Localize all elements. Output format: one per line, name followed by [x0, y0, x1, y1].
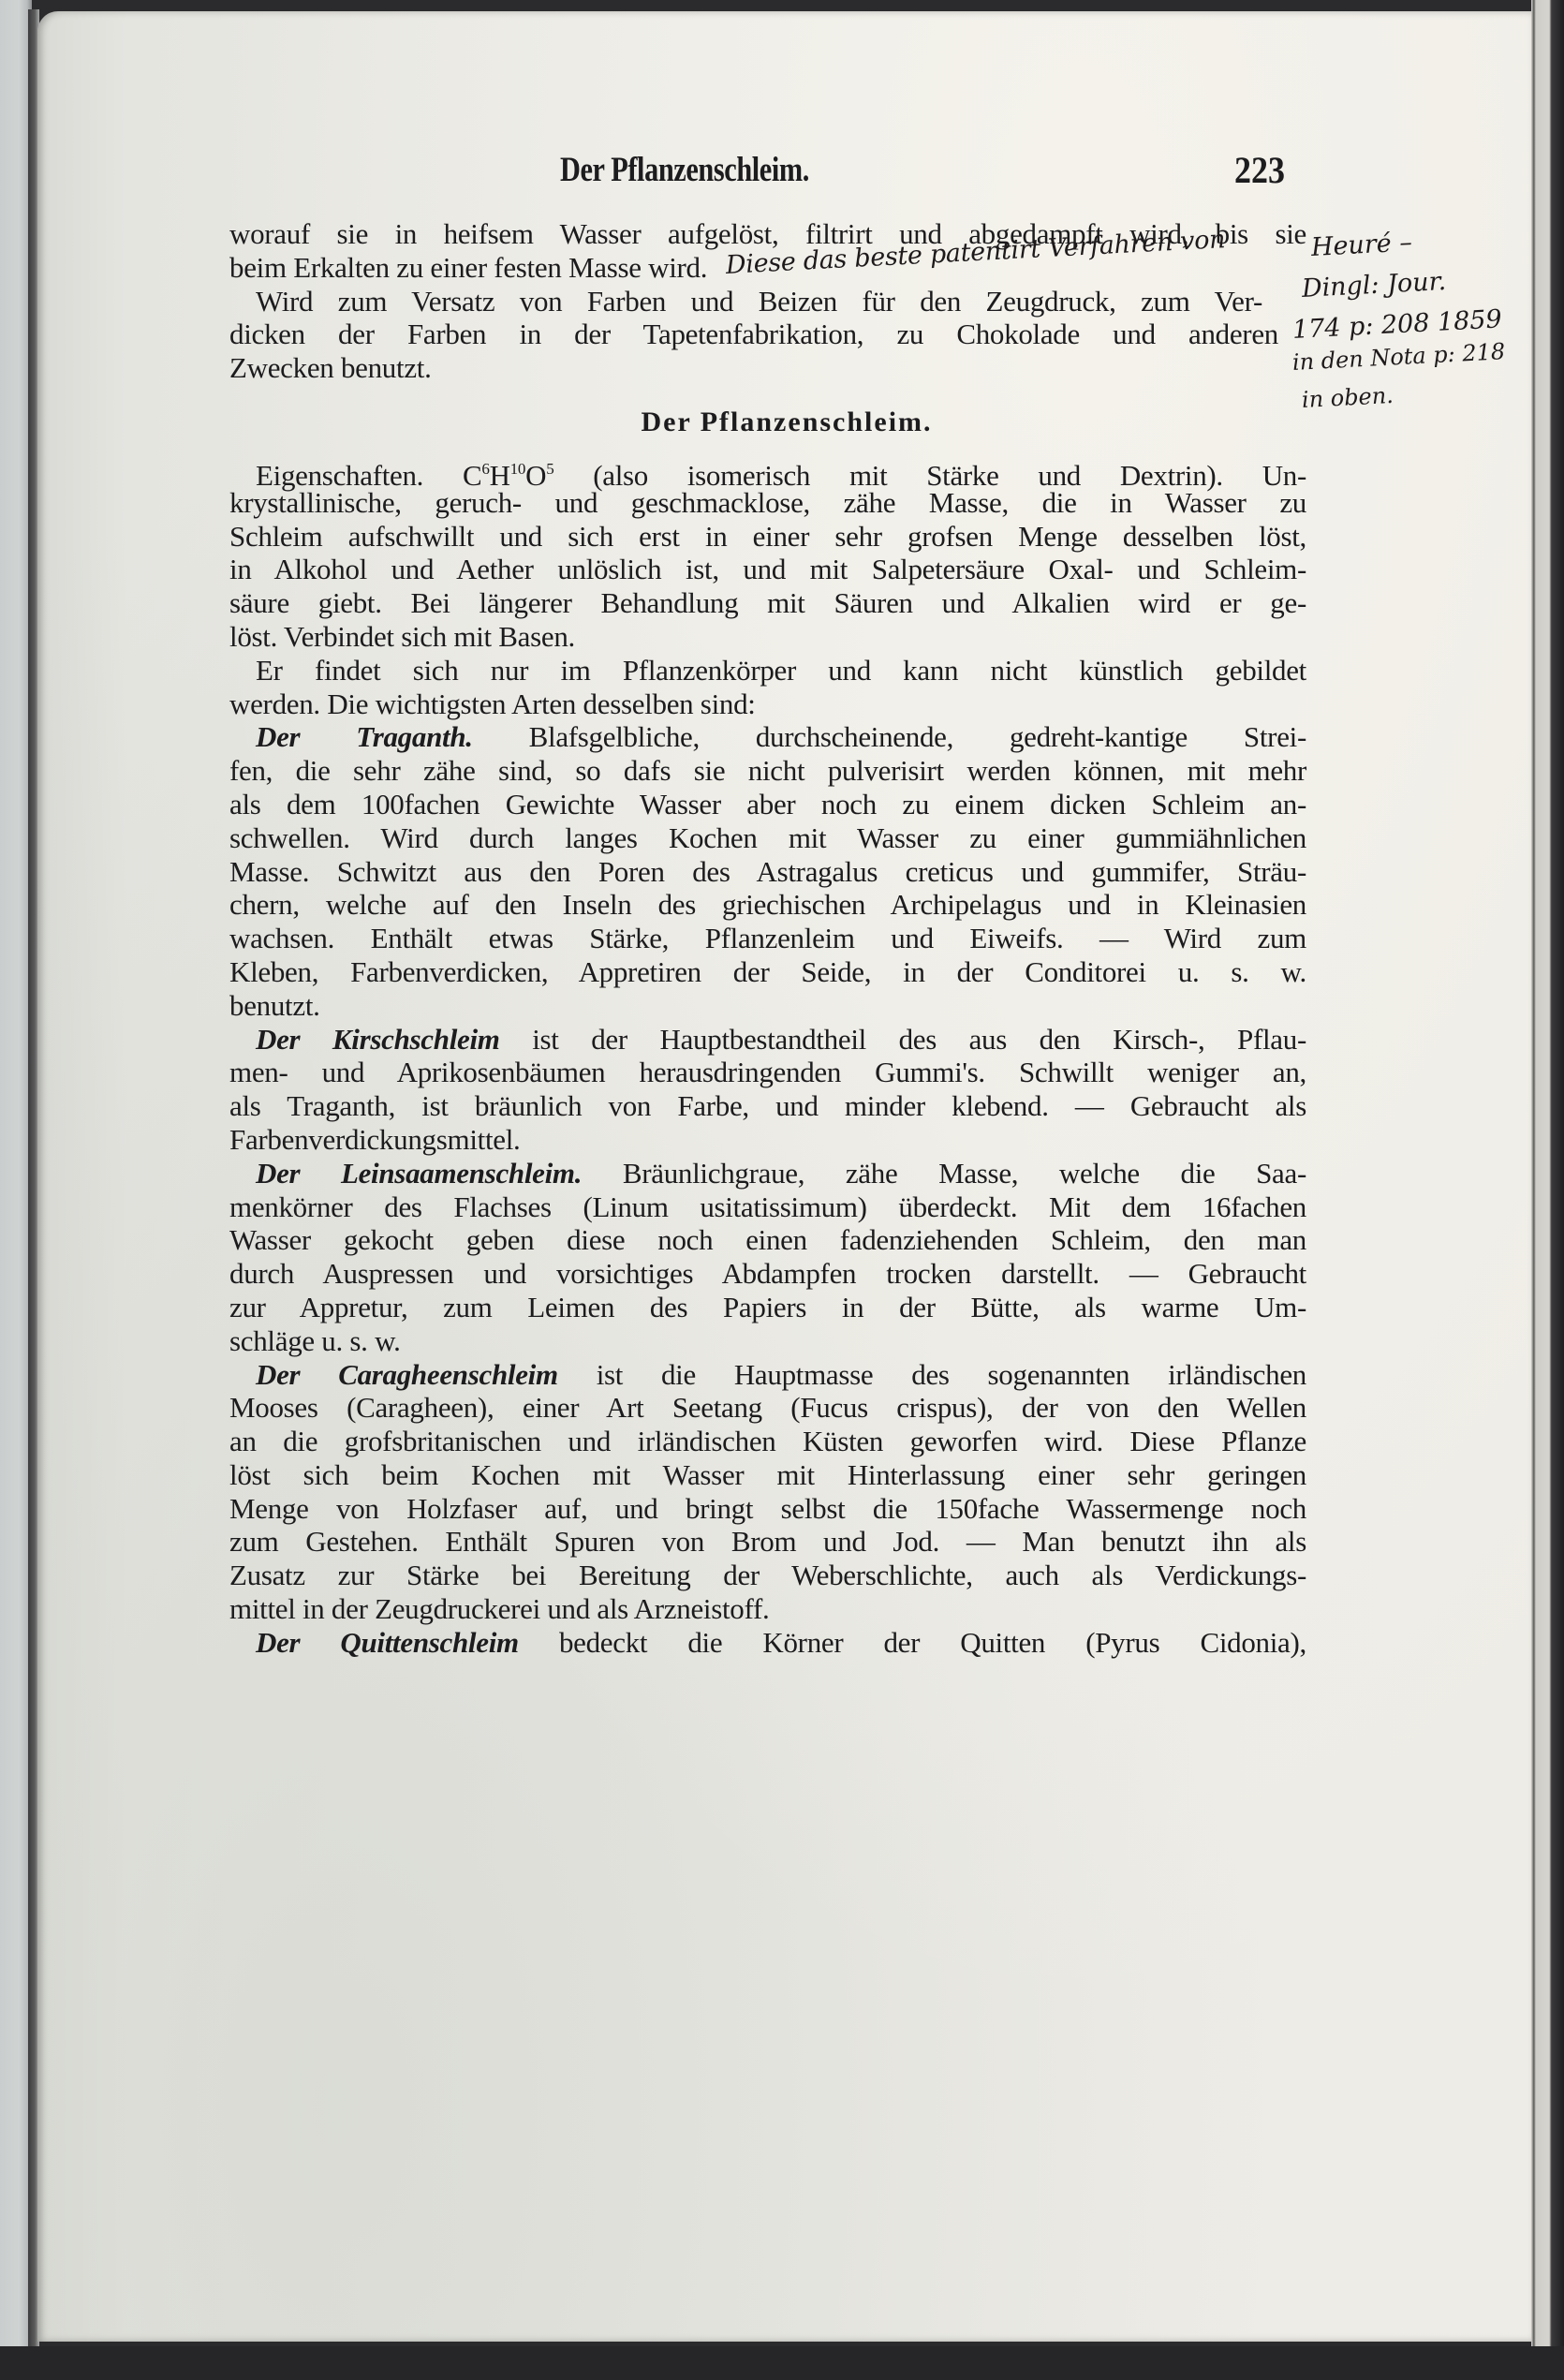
variety-traganth: Der Traganth. Blafsgelbliche, durchschei… [229, 720, 1306, 754]
text-line: als Traganth, ist bräunlich von Farbe, u… [229, 1089, 1306, 1123]
text-line: beim Erkalten zu einer festen Masse wird… [229, 251, 1306, 285]
variety-name: Der Traganth. [256, 720, 473, 753]
text-line: an die grofsbritanischen und irländische… [229, 1425, 1306, 1458]
handwritten-margin-note: Heuré – Dingl: Jour. 174 p: 208 1859 in … [1283, 229, 1555, 464]
variety-name: Der Caragheenschleim [256, 1358, 558, 1391]
text-line: schläge u. s. w. [229, 1324, 1306, 1358]
handwritten-line: in den Nota p: 218 [1291, 338, 1505, 376]
variety-name: Der Leinsaamenschleim. [256, 1157, 582, 1190]
previous-page-edge [0, 0, 32, 2365]
text-line: benutzt. [229, 989, 1306, 1023]
text-line: löst. Verbindet sich mit Basen. [229, 620, 1306, 654]
text-line: mittel in der Zeugdruckerei und als Arzn… [229, 1592, 1306, 1626]
text-line: dicken der Farben in der Tapetenfabrikat… [229, 318, 1278, 351]
variety-caragheenschleim: Der Caragheenschleim ist die Hauptmasse … [229, 1358, 1306, 1392]
text-line: Zwecken benutzt. [229, 351, 1306, 385]
variety-name: Der Kirschschleim [256, 1023, 500, 1056]
text-line: menkörner des Flachses (Linum usitatissi… [229, 1190, 1306, 1224]
variety-kirschschleim: Der Kirschschleim ist der Hauptbestandth… [229, 1023, 1306, 1057]
text-line: durch Auspressen und vorsichtiges Abdamp… [229, 1257, 1306, 1291]
text-line: zum Gestehen. Enthält Spuren von Brom un… [229, 1525, 1306, 1559]
text-line: Wasser gekocht geben diese noch einen fa… [229, 1223, 1306, 1257]
handwritten-line: Dingl: Jour. [1301, 267, 1447, 303]
handwritten-line: Heuré – [1310, 228, 1412, 262]
variety-name: Der Quittenschleim [256, 1626, 519, 1659]
text-line: schwellen. Wird durch langes Kochen mit … [229, 821, 1306, 855]
text-line: Menge von Holzfaser auf, und bringt selb… [229, 1492, 1306, 1526]
running-title: Der Pflanzenschleim. [560, 150, 809, 190]
text-line: werden. Die wichtigsten Arten desselben … [229, 687, 1306, 721]
text-line: Er findet sich nur im Pflanzenkörper und… [229, 654, 1306, 687]
text-line: Wird zum Versatz von Farben und Beizen f… [229, 285, 1262, 318]
text-line: in Alkohol und Aether unlöslich ist, und… [229, 553, 1306, 586]
text-line: Masse. Schwitzt aus den Poren des Astrag… [229, 855, 1306, 889]
handwritten-line: 174 p: 208 1859 [1291, 304, 1502, 345]
text-line: Mooses (Caragheen), einer Art Seetang (F… [229, 1391, 1306, 1425]
text-line: als dem 100fachen Gewichte Wasser aber n… [229, 788, 1306, 821]
text-line: Zusatz zur Stärke bei Bereitung der Webe… [229, 1559, 1306, 1592]
section-heading: Der Pflanzenschleim. [229, 385, 1306, 452]
variety-leinsaamenschleim: Der Leinsaamenschleim. Bräunlichgraue, z… [229, 1157, 1306, 1190]
text-line: säure giebt. Bei längerer Behandlung mit… [229, 586, 1306, 620]
handwritten-line: in oben. [1301, 382, 1394, 413]
text-line: men- und Aprikosenbäumen herausdringende… [229, 1056, 1306, 1089]
scan-background [0, 2346, 1564, 2380]
variety-quittenschleim: Der Quittenschleim bedeckt die Körner de… [229, 1626, 1306, 1660]
text-line: Schleim aufschwillt und sich erst in ein… [229, 520, 1306, 554]
text-line: Kleben, Farbenverdicken, Appretiren der … [229, 955, 1306, 989]
text-line: Eigenschaften. C6H10O5 (also isomerisch … [229, 452, 1306, 486]
text-line: fen, die sehr zähe sind, so dafs sie nic… [229, 754, 1306, 788]
text-line: löst sich beim Kochen mit Wasser mit Hin… [229, 1458, 1306, 1492]
page-number: 223 [1234, 148, 1285, 192]
running-head: Der Pflanzenschleim. 223 [0, 150, 1564, 197]
body-text: worauf sie in heifsem Wasser aufgelöst, … [229, 217, 1306, 1660]
text-line: krystallinische, geruch- und geschmacklo… [229, 486, 1306, 520]
text-line: wachsen. Enthält etwas Stärke, Pflanzenl… [229, 922, 1306, 955]
text-line: chern, welche auf den Inseln des griechi… [229, 888, 1306, 922]
text-line: zur Appretur, zum Leimen des Papiers in … [229, 1291, 1306, 1324]
text-line: Farbenverdickungsmittel. [229, 1123, 1306, 1157]
